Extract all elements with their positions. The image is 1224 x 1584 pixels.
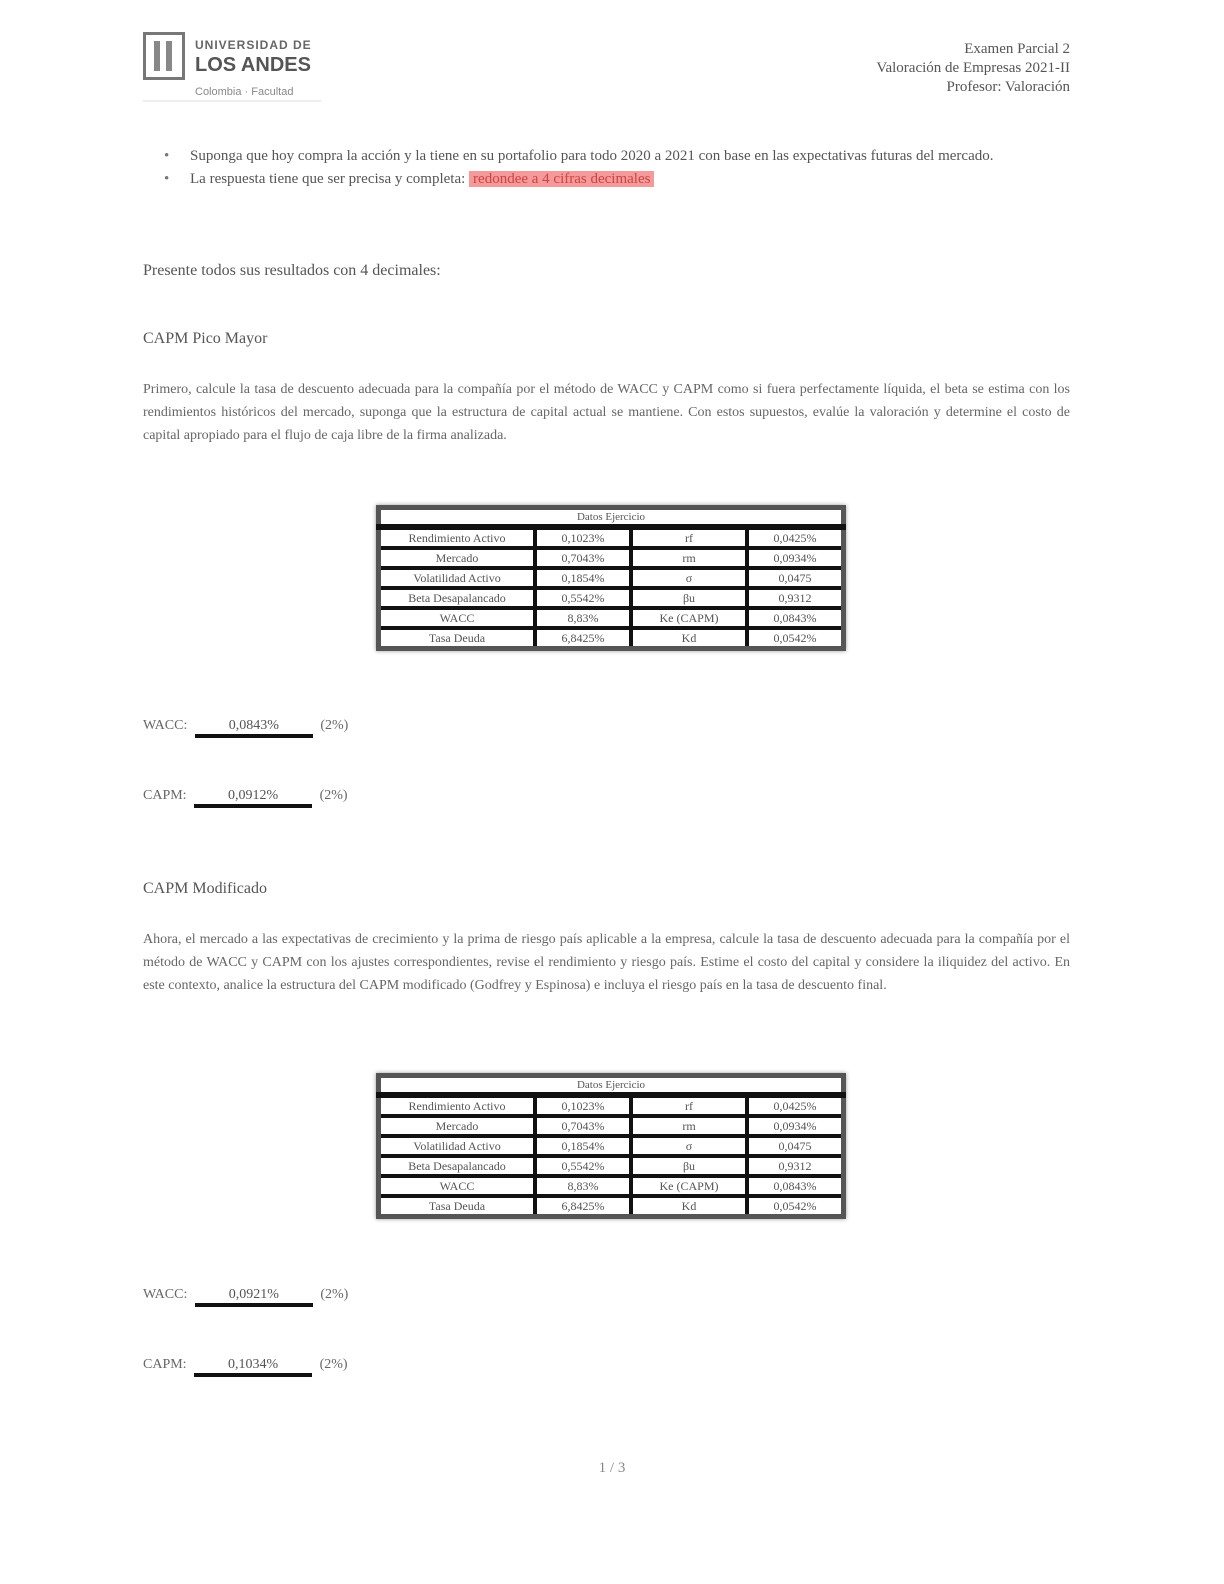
table-title: Datos Ejercicio [379,1076,844,1096]
answer-weight: (2%) [320,788,348,803]
table-cell: 6,8425% [535,628,631,649]
table-cell: 0,5542% [535,1156,631,1176]
answer-label: CAPM: [143,788,187,803]
table-cell: rf [631,1095,747,1116]
table-cell: Tasa Deuda [379,1196,536,1217]
table-cell: Volatilidad Activo [379,568,536,588]
table-cell: 0,9312 [747,1156,844,1176]
table-cell: 0,0542% [747,1196,844,1217]
table-cell: 0,0425% [747,527,844,548]
table-cell: 6,8425% [535,1196,631,1217]
table-cell: 0,0934% [747,1116,844,1136]
answer-capm: CAPM: 0,0912% (2%) [143,788,348,808]
answer-wacc: WACC: 0,0843% (2%) [143,718,348,738]
table-cell: 0,7043% [535,1116,631,1136]
table-cell: Mercado [379,1116,536,1136]
table-row: Rendimiento Activo0,1023%rf0,0425% [379,527,844,548]
table-cell: 0,1854% [535,568,631,588]
table-row: Mercado0,7043%rm0,0934% [379,548,844,568]
table-title: Datos Ejercicio [379,508,844,528]
table-cell: 0,0843% [747,1176,844,1196]
table-row: WACC8,83%Ke (CAPM)0,0843% [379,1176,844,1196]
table-row: Tasa Deuda6,8425%Kd0,0542% [379,1196,844,1217]
table-cell: 8,83% [535,608,631,628]
table-cell: Rendimiento Activo [379,527,536,548]
table-cell: 0,9312 [747,588,844,608]
intro-text: Presente todos sus resultados con 4 deci… [143,262,441,280]
university-emblem-icon [143,32,185,80]
table-cell: 0,0475 [747,1136,844,1156]
table-cell: WACC [379,1176,536,1196]
university-name-line2: LOS ANDES [195,54,311,77]
instructions-list: Suponga que hoy compra la acción y la ti… [160,145,1070,191]
table-cell: Beta Desapalancado [379,1156,536,1176]
section-paragraph: Ahora, el mercado a las expectativas de … [143,928,1070,997]
table-cell: 0,0542% [747,628,844,649]
table-cell: βu [631,588,747,608]
table-cell: βu [631,1156,747,1176]
table-cell: Mercado [379,548,536,568]
answer-field[interactable]: 0,0921% [195,1287,313,1307]
table-cell: σ [631,1136,747,1156]
answer-field[interactable]: 0,0912% [194,788,312,808]
table-row: WACC8,83%Ke (CAPM)0,0843% [379,608,844,628]
table-cell: 0,0425% [747,1095,844,1116]
table-row: Mercado0,7043%rm0,0934% [379,1116,844,1136]
instruction-item: La respuesta tiene que ser precisa y com… [160,168,1070,191]
course-info: Examen Parcial 2 Valoración de Empresas … [876,40,1070,97]
faculty-name: Colombia · Facultad [195,86,293,98]
table-cell: 0,7043% [535,548,631,568]
answer-label: WACC: [143,1287,187,1302]
table-cell: 0,5542% [535,588,631,608]
logo-divider [143,100,321,102]
table-row: Rendimiento Activo0,1023%rf0,0425% [379,1095,844,1116]
instruction-text: La respuesta tiene que ser precisa y com… [190,171,469,187]
section-title: CAPM Modificado [143,880,267,898]
table-cell: Kd [631,628,747,649]
table-row: Volatilidad Activo0,1854%σ0,0475 [379,568,844,588]
answer-capm: CAPM: 0,1034% (2%) [143,1357,348,1377]
table-cell: 0,1023% [535,1095,631,1116]
table-row: Tasa Deuda6,8425%Kd0,0542% [379,628,844,649]
table-cell: Ke (CAPM) [631,608,747,628]
answer-label: CAPM: [143,1357,187,1372]
data-table: Datos EjercicioRendimiento Activo0,1023%… [376,1073,846,1219]
table-cell: 0,0475 [747,568,844,588]
answer-field[interactable]: 0,1034% [194,1357,312,1377]
table-cell: rm [631,548,747,568]
table-cell: 0,1854% [535,1136,631,1156]
answer-label: WACC: [143,718,187,733]
instruction-text: Suponga que hoy compra la acción y la ti… [190,148,993,164]
table-cell: WACC [379,608,536,628]
answer-weight: (2%) [320,1287,348,1302]
table-cell: Beta Desapalancado [379,588,536,608]
data-table: Datos EjercicioRendimiento Activo0,1023%… [376,505,846,651]
table-cell: Tasa Deuda [379,628,536,649]
table-cell: 0,1023% [535,527,631,548]
university-name-line1: UNIVERSIDAD DE [195,38,312,52]
table-cell: Ke (CAPM) [631,1176,747,1196]
exam-title: Examen Parcial 2 [876,40,1070,59]
instruction-item: Suponga que hoy compra la acción y la ti… [160,145,1070,168]
answer-weight: (2%) [320,1357,348,1372]
table-cell: rf [631,527,747,548]
professor-name: Profesor: Valoración [876,78,1070,97]
answer-weight: (2%) [320,718,348,733]
course-name: Valoración de Empresas 2021-II [876,59,1070,78]
table-row: Volatilidad Activo0,1854%σ0,0475 [379,1136,844,1156]
table-row: Beta Desapalancado0,5542%βu0,9312 [379,1156,844,1176]
page-number: 1 / 3 [0,1460,1224,1477]
section-title: CAPM Pico Mayor [143,330,267,348]
table-cell: 8,83% [535,1176,631,1196]
table-cell: σ [631,568,747,588]
answer-wacc: WACC: 0,0921% (2%) [143,1287,348,1307]
university-logo: UNIVERSIDAD DE LOS ANDES Colombia · Facu… [143,32,321,104]
table-cell: Volatilidad Activo [379,1136,536,1156]
answer-field[interactable]: 0,0843% [195,718,313,738]
table-cell: 0,0934% [747,548,844,568]
table-cell: 0,0843% [747,608,844,628]
table-cell: Rendimiento Activo [379,1095,536,1116]
section-paragraph: Primero, calcule la tasa de descuento ad… [143,378,1070,447]
table-cell: Kd [631,1196,747,1217]
table-row: Beta Desapalancado0,5542%βu0,9312 [379,588,844,608]
table-cell: rm [631,1116,747,1136]
highlighted-instruction: redondee a 4 cifras decimales [469,171,654,187]
